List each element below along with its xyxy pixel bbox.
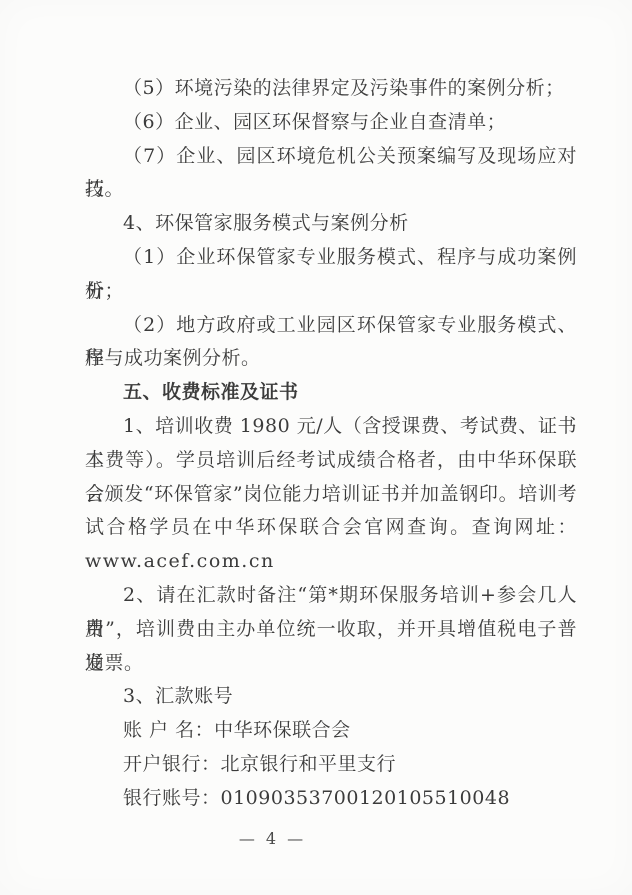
text-line: 1、培训收费 1980 元/人（含授课费、考试费、证书工 [85, 410, 577, 444]
section-4-heading: 4、环保管家服务模式与案例分析 [85, 207, 577, 241]
text-line: （1）企业环保管家专业服务模式、程序与成功案例分 [85, 241, 577, 275]
text-line: 巧。 [85, 173, 577, 207]
text-line: 用”，培训费由主办单位统一收取，并开具增值税电子普通 [85, 613, 577, 647]
text-line: 序与成功案例分析。 [85, 342, 577, 376]
remittance-heading: 3、汇款账号 [85, 680, 577, 714]
document-body: （5）环境污染的法律界定及污染事件的案例分析； （6）企业、园区环保督察与企业自… [85, 72, 577, 816]
text-line: （5）环境污染的法律界定及污染事件的案例分析； [85, 72, 577, 106]
account-name-line: 账 户 名：中华环保联合会 [85, 714, 577, 748]
text-line: （7）企业、园区环境危机公关预案编写及现场应对技 [85, 140, 577, 174]
document-page: （5）环境污染的法律界定及污染事件的案例分析； （6）企业、园区环保督察与企业自… [0, 0, 632, 895]
text-line: 本费等）。学员培训后经考试成绩合格者，由中华环保联合 [85, 444, 577, 478]
bank-account-line: 银行账号：01090353700120105510048 [85, 782, 577, 816]
query-website-url: www.acef.com.cn [85, 545, 577, 579]
text-line: 发票。 [85, 647, 577, 681]
text-line: （2）地方政府或工业园区环保管家专业服务模式、程 [85, 309, 577, 343]
text-line: 2、请在汇款时备注“第*期环保服务培训+参会几人费 [85, 579, 577, 613]
text-line: 会颁发“环保管家”岗位能力培训证书并加盖钢印。培训考 [85, 478, 577, 512]
page-number: — 4 — [0, 829, 545, 848]
text-line: （6）企业、园区环保督察与企业自查清单； [85, 106, 577, 140]
bank-name-line: 开户银行：北京银行和平里支行 [85, 748, 577, 782]
text-line: 析； [85, 275, 577, 309]
text-line: 试合格学员在中华环保联合会官网查询。查询网址： [85, 511, 577, 545]
section-5-heading: 五、收费标准及证书 [85, 376, 577, 410]
